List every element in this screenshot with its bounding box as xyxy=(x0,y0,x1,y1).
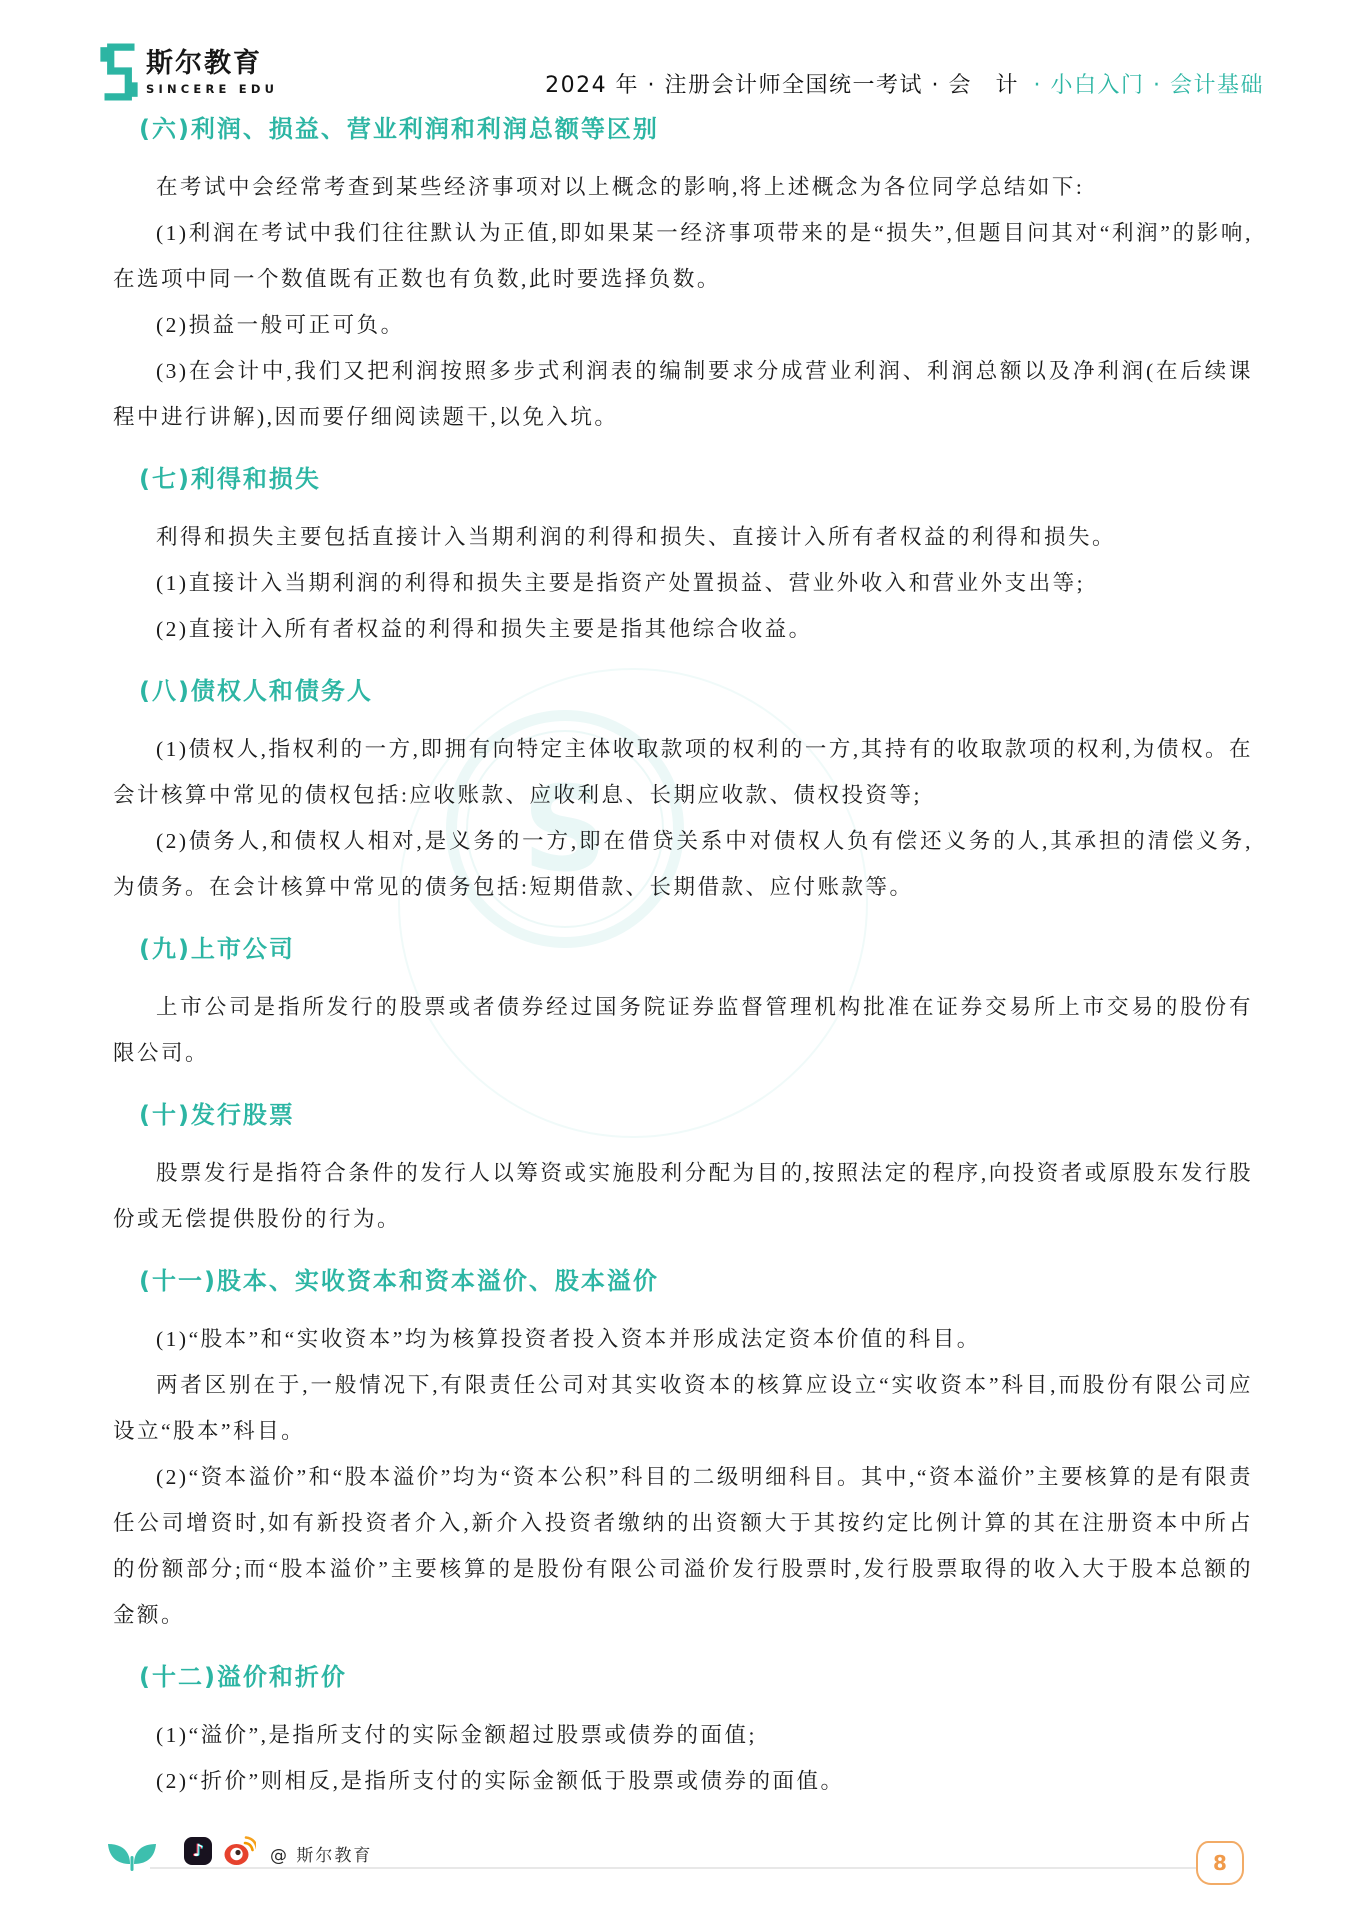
section-heading: (六)利润、损益、营业利润和利润总额等区别 xyxy=(139,114,1253,144)
section-heading: (十一)股本、实收资本和资本溢价、股本溢价 xyxy=(139,1266,1253,1296)
paragraph: (2)“资本溢价”和“股本溢价”均为“资本公积”科目的二级明细科目。其中,“资本… xyxy=(113,1454,1253,1638)
section-11: (十一)股本、实收资本和资本溢价、股本溢价 (1)“股本”和“实收资本”均为核算… xyxy=(113,1266,1253,1638)
paragraph: (2)债务人,和债权人相对,是义务的一方,即在借贷关系中对债权人负有偿还义务的人… xyxy=(113,818,1253,910)
page-header: 斯尔教育 SINCERE EDU 2024 年 · 注册会计师全国统一考试 · … xyxy=(0,0,1366,108)
paragraph: (1)利润在考试中我们往往默认为正值,即如果某一经济事项带来的是“损失”,但题目… xyxy=(113,210,1253,302)
paragraph: (2)损益一般可正可负。 xyxy=(113,302,1253,348)
paragraph: (2)直接计入所有者权益的利得和损失主要是指其他综合收益。 xyxy=(113,606,1253,652)
section-heading: (十)发行股票 xyxy=(139,1100,1253,1130)
footer-social: ♪ @ 斯尔教育 xyxy=(106,1830,372,1872)
document-body: (六)利润、损益、营业利润和利润总额等区别 在考试中会经常考查到某些经济事项对以… xyxy=(0,106,1366,1804)
brand-name-cn: 斯尔教育 xyxy=(146,47,278,81)
section-6: (六)利润、损益、营业利润和利润总额等区别 在考试中会经常考查到某些经济事项对以… xyxy=(113,114,1253,440)
paragraph: (3)在会计中,我们又把利润按照多步式利润表的编制要求分成营业利润、利润总额以及… xyxy=(113,348,1253,440)
page-number: 8 xyxy=(1213,1851,1227,1875)
paragraph: 在考试中会经常考查到某些经济事项对以上概念的影响,将上述概念为各位同学总结如下: xyxy=(113,164,1253,210)
section-heading: (八)债权人和债务人 xyxy=(139,676,1253,706)
sprout-icon xyxy=(106,1830,158,1872)
brand-logo-text: 斯尔教育 SINCERE EDU xyxy=(146,47,278,97)
section-heading: (九)上市公司 xyxy=(139,934,1253,964)
section-10: (十)发行股票 股票发行是指符合条件的发行人以筹资或实施股利分配为目的,按照法定… xyxy=(113,1100,1253,1242)
douyin-icon[interactable]: ♪ xyxy=(184,1837,212,1865)
document-page: 斯尔教育 SINCERE EDU 2024 年 · 注册会计师全国统一考试 · … xyxy=(0,0,1366,1931)
paragraph: (2)“折价”则相反,是指所支付的实际金额低于股票或债券的面值。 xyxy=(113,1758,1253,1804)
document-title-sub: · 小白入门 · 会计基础 xyxy=(1034,73,1264,98)
page-number-badge: 8 xyxy=(1196,1841,1244,1885)
paragraph: (1)直接计入当期利润的利得和损失主要是指资产处置损益、营业外收入和营业外支出等… xyxy=(113,560,1253,606)
social-handle: @ 斯尔教育 xyxy=(270,1837,372,1866)
section-heading: (七)利得和损失 xyxy=(139,464,1253,494)
section-12: (十二)溢价和折价 (1)“溢价”,是指所支付的实际金额超过股票或债券的面值; … xyxy=(113,1662,1253,1804)
document-title: 2024 年 · 注册会计师全国统一考试 · 会 计 · 小白入门 · 会计基础 xyxy=(545,68,1264,99)
sincere-s-logo-icon xyxy=(100,42,138,102)
brand-name-en: SINCERE EDU xyxy=(146,81,278,97)
section-7: (七)利得和损失 利得和损失主要包括直接计入当期利润的利得和损失、直接计入所有者… xyxy=(113,464,1253,652)
paragraph: 利得和损失主要包括直接计入当期利润的利得和损失、直接计入所有者权益的利得和损失。 xyxy=(113,514,1253,560)
section-9: (九)上市公司 上市公司是指所发行的股票或者债券经过国务院证券监督管理机构批准在… xyxy=(113,934,1253,1076)
brand-logo: 斯尔教育 SINCERE EDU xyxy=(100,42,278,102)
weibo-icon[interactable] xyxy=(224,1836,256,1866)
section-heading: (十二)溢价和折价 xyxy=(139,1662,1253,1692)
document-title-main: 2024 年 · 注册会计师全国统一考试 · 会 计 xyxy=(545,73,1019,98)
section-8: (八)债权人和债务人 (1)债权人,指权利的一方,即拥有向特定主体收取款项的权利… xyxy=(113,676,1253,910)
paragraph: 上市公司是指所发行的股票或者债券经过国务院证券监督管理机构批准在证券交易所上市交… xyxy=(113,984,1253,1076)
paragraph: 股票发行是指符合条件的发行人以筹资或实施股利分配为目的,按照法定的程序,向投资者… xyxy=(113,1150,1253,1242)
paragraph: (1)债权人,指权利的一方,即拥有向特定主体收取款项的权利的一方,其持有的收取款… xyxy=(113,726,1253,818)
paragraph: 两者区别在于,一般情况下,有限责任公司对其实收资本的核算应设立“实收资本”科目,… xyxy=(113,1362,1253,1454)
paragraph: (1)“溢价”,是指所支付的实际金额超过股票或债券的面值; xyxy=(113,1712,1253,1758)
douyin-note-glyph: ♪ xyxy=(193,1843,204,1860)
paragraph: (1)“股本”和“实收资本”均为核算投资者投入资本并形成法定资本价值的科目。 xyxy=(113,1316,1253,1362)
